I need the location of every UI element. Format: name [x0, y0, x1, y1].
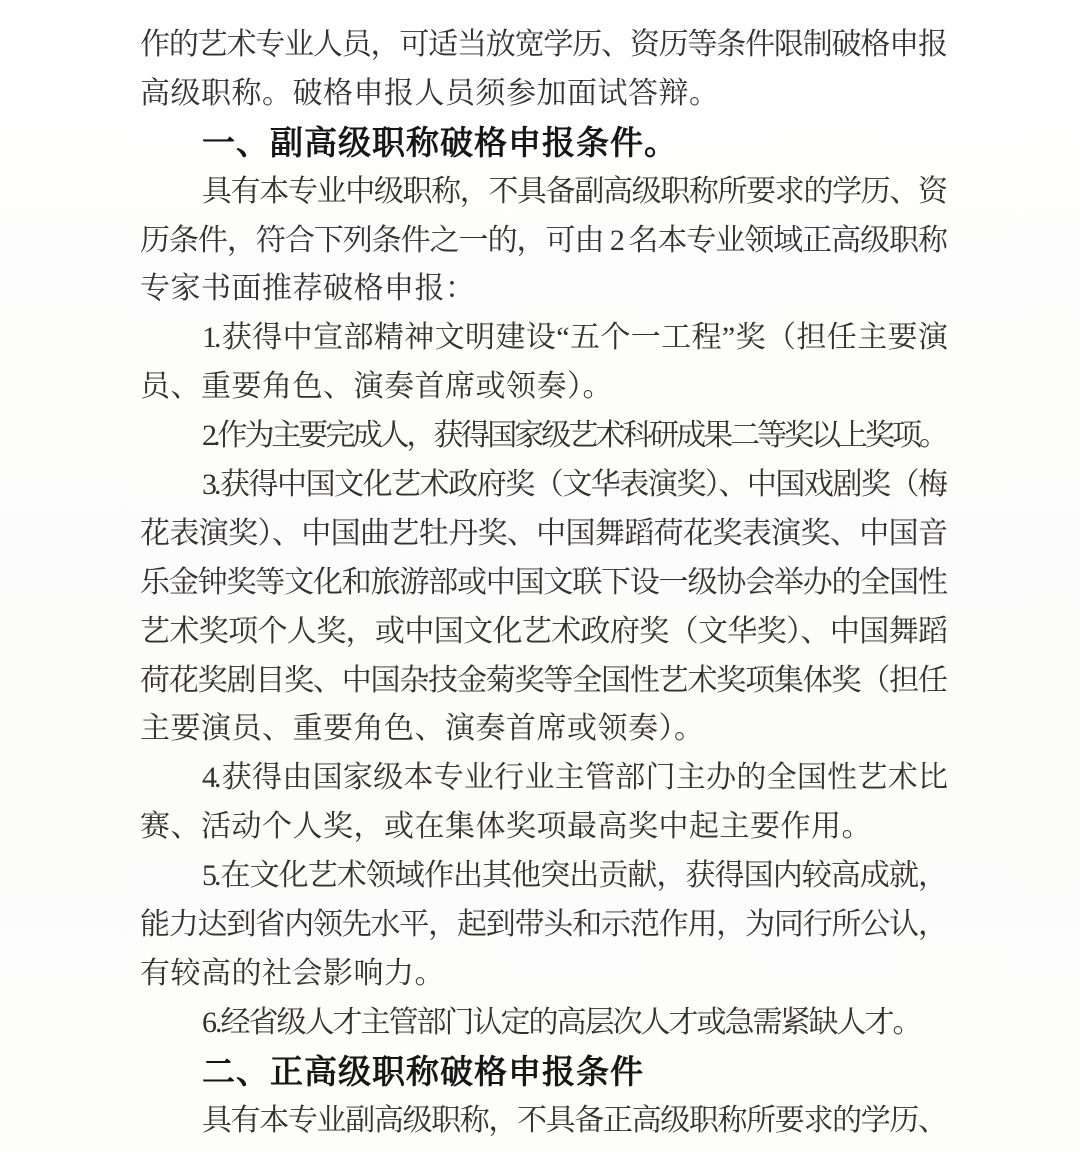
list-item-1-line-2: 员、重要角色、演奏首席或领奏）。 [140, 363, 945, 412]
list-item-2: 2.作为主要完成人，获得国家级艺术科研成果二等奖以上奖项。 [140, 412, 945, 461]
text-column: 作的艺术专业人员，可适当放宽学历、资历等条件限制破格申报 高级职称。破格申报人员… [140, 21, 945, 1145]
document-page: 作的艺术专业人员，可适当放宽学历、资历等条件限制破格申报 高级职称。破格申报人员… [0, 0, 1080, 1152]
list-item-3-line-3: 乐金钟奖等文化和旅游部或中国文联下设一级协会举办的全国性 [140, 559, 945, 608]
doc-line-6: 专家书面推荐破格申报： [140, 265, 945, 314]
doc-line-2: 高级职称。破格申报人员须参加面试答辩。 [140, 70, 945, 119]
doc-line-1: 作的艺术专业人员，可适当放宽学历、资历等条件限制破格申报 [140, 21, 945, 70]
list-item-1-line-1: 1.获得中宣部精神文明建设“五个一工程”奖（担任主要演 [140, 314, 945, 363]
section-2-heading: 二、正高级职称破格申报条件 [140, 1048, 945, 1097]
list-item-5-line-1: 5.在文化艺术领域作出其他突出贡献，获得国内较高成就， [140, 852, 945, 901]
list-item-6: 6.经省级人才主管部门认定的高层次人才或急需紧缺人才。 [140, 999, 945, 1048]
list-item-3-line-4: 艺术奖项个人奖，或中国文化艺术政府奖（文华奖）、中国舞蹈 [140, 608, 945, 657]
list-item-3-line-1: 3.获得中国文化艺术政府奖（文华表演奖）、中国戏剧奖（梅 [140, 461, 945, 510]
list-item-5-line-3: 有较高的社会影响力。 [140, 950, 945, 999]
list-item-4-line-1: 4.获得由国家级本专业行业主管部门主办的全国性艺术比 [140, 754, 945, 803]
list-item-3-line-6: 主要演员、重要角色、演奏首席或领奏）。 [140, 705, 945, 754]
doc-line-5: 历条件，符合下列条件之一的，可由 2 名本专业领域正高级职称 [140, 217, 945, 266]
doc-line-23: 具有本专业副高级职称，不具备正高级职称所要求的学历、 [140, 1097, 945, 1146]
list-item-5-line-2: 能力达到省内领先水平，起到带头和示范作用，为同行所公认， [140, 901, 945, 950]
list-item-3-line-5: 荷花奖剧目奖、中国杂技金菊奖等全国性艺术奖项集体奖（担任 [140, 657, 945, 706]
doc-line-4: 具有本专业中级职称，不具备副高级职称所要求的学历、资 [140, 168, 945, 217]
list-item-4-line-2: 赛、活动个人奖，或在集体奖项最高奖中起主要作用。 [140, 803, 945, 852]
section-1-heading: 一、副高级职称破格申报条件。 [140, 119, 945, 168]
list-item-3-line-2: 花表演奖）、中国曲艺牡丹奖、中国舞蹈荷花奖表演奖、中国音 [140, 510, 945, 559]
